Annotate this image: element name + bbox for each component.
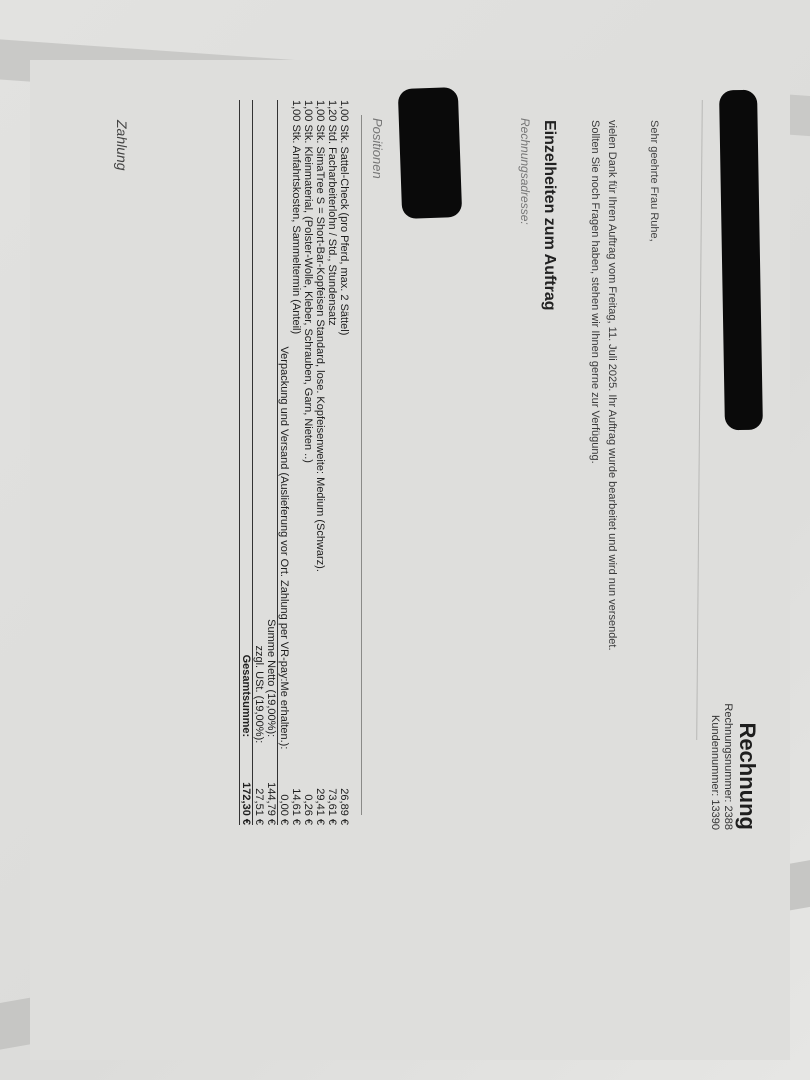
- body-line: Sollten Sie noch Fragen haben, stehen wi…: [586, 120, 603, 651]
- customer-number: Kundennummer: 13390: [708, 703, 721, 830]
- billing-address-label: Rechnungsadresse:: [518, 118, 532, 225]
- vat-row: zzgl. USt. (19,00%): 27,51 €: [253, 100, 265, 825]
- body-text: vielen Dank für Ihren Auftrag vom Freita…: [586, 120, 620, 651]
- invoice-page: Rechnung Rechnungsnummer: 2388 Kundennum…: [30, 60, 790, 1060]
- invoice-header: Rechnung Rechnungsnummer: 2388 Kundennum…: [708, 703, 760, 830]
- line-item: 1,00 Stk. Anfahrtskosten, Sammeltermin (…: [290, 100, 302, 825]
- line-item: 1,00 Stk. SimaTree S = Short-Bar-Kopfeis…: [314, 100, 326, 825]
- header-divider: [696, 100, 703, 740]
- net-total-row: Summe Netto (19,00%): 144,79 €: [265, 100, 278, 825]
- grand-total-row: Gesamtsumme: 172,30 €: [239, 100, 253, 825]
- positions-heading: Positionen: [370, 118, 385, 179]
- invoice-number: Rechnungsnummer: 2388: [721, 703, 734, 830]
- payment-heading: Zahlung: [114, 120, 130, 171]
- salutation: Sehr geehrte Frau Ruhe,: [648, 120, 660, 242]
- shipping-row: Verpackung und Versand (Auslieferung vor…: [278, 100, 290, 825]
- line-item: 1,00 Stk. Kleinmaterial, (Polster-Wolle,…: [302, 100, 314, 825]
- redacted-billing-address: [398, 87, 463, 219]
- line-item: 1,20 Std. Facharbeiterlohn / Std., Stund…: [326, 100, 338, 825]
- redacted-address-block: [719, 90, 763, 431]
- details-heading: Einzelheiten zum Auftrag: [540, 120, 558, 311]
- body-line: vielen Dank für Ihren Auftrag vom Freita…: [603, 120, 620, 651]
- document-title: Rechnung: [734, 703, 760, 830]
- positions-divider: [361, 115, 362, 815]
- line-item: 1,00 Stk. Sattel-Check (pro Pferd, max. …: [338, 100, 350, 825]
- line-items-table: 1,00 Stk. Sattel-Check (pro Pferd, max. …: [239, 100, 350, 825]
